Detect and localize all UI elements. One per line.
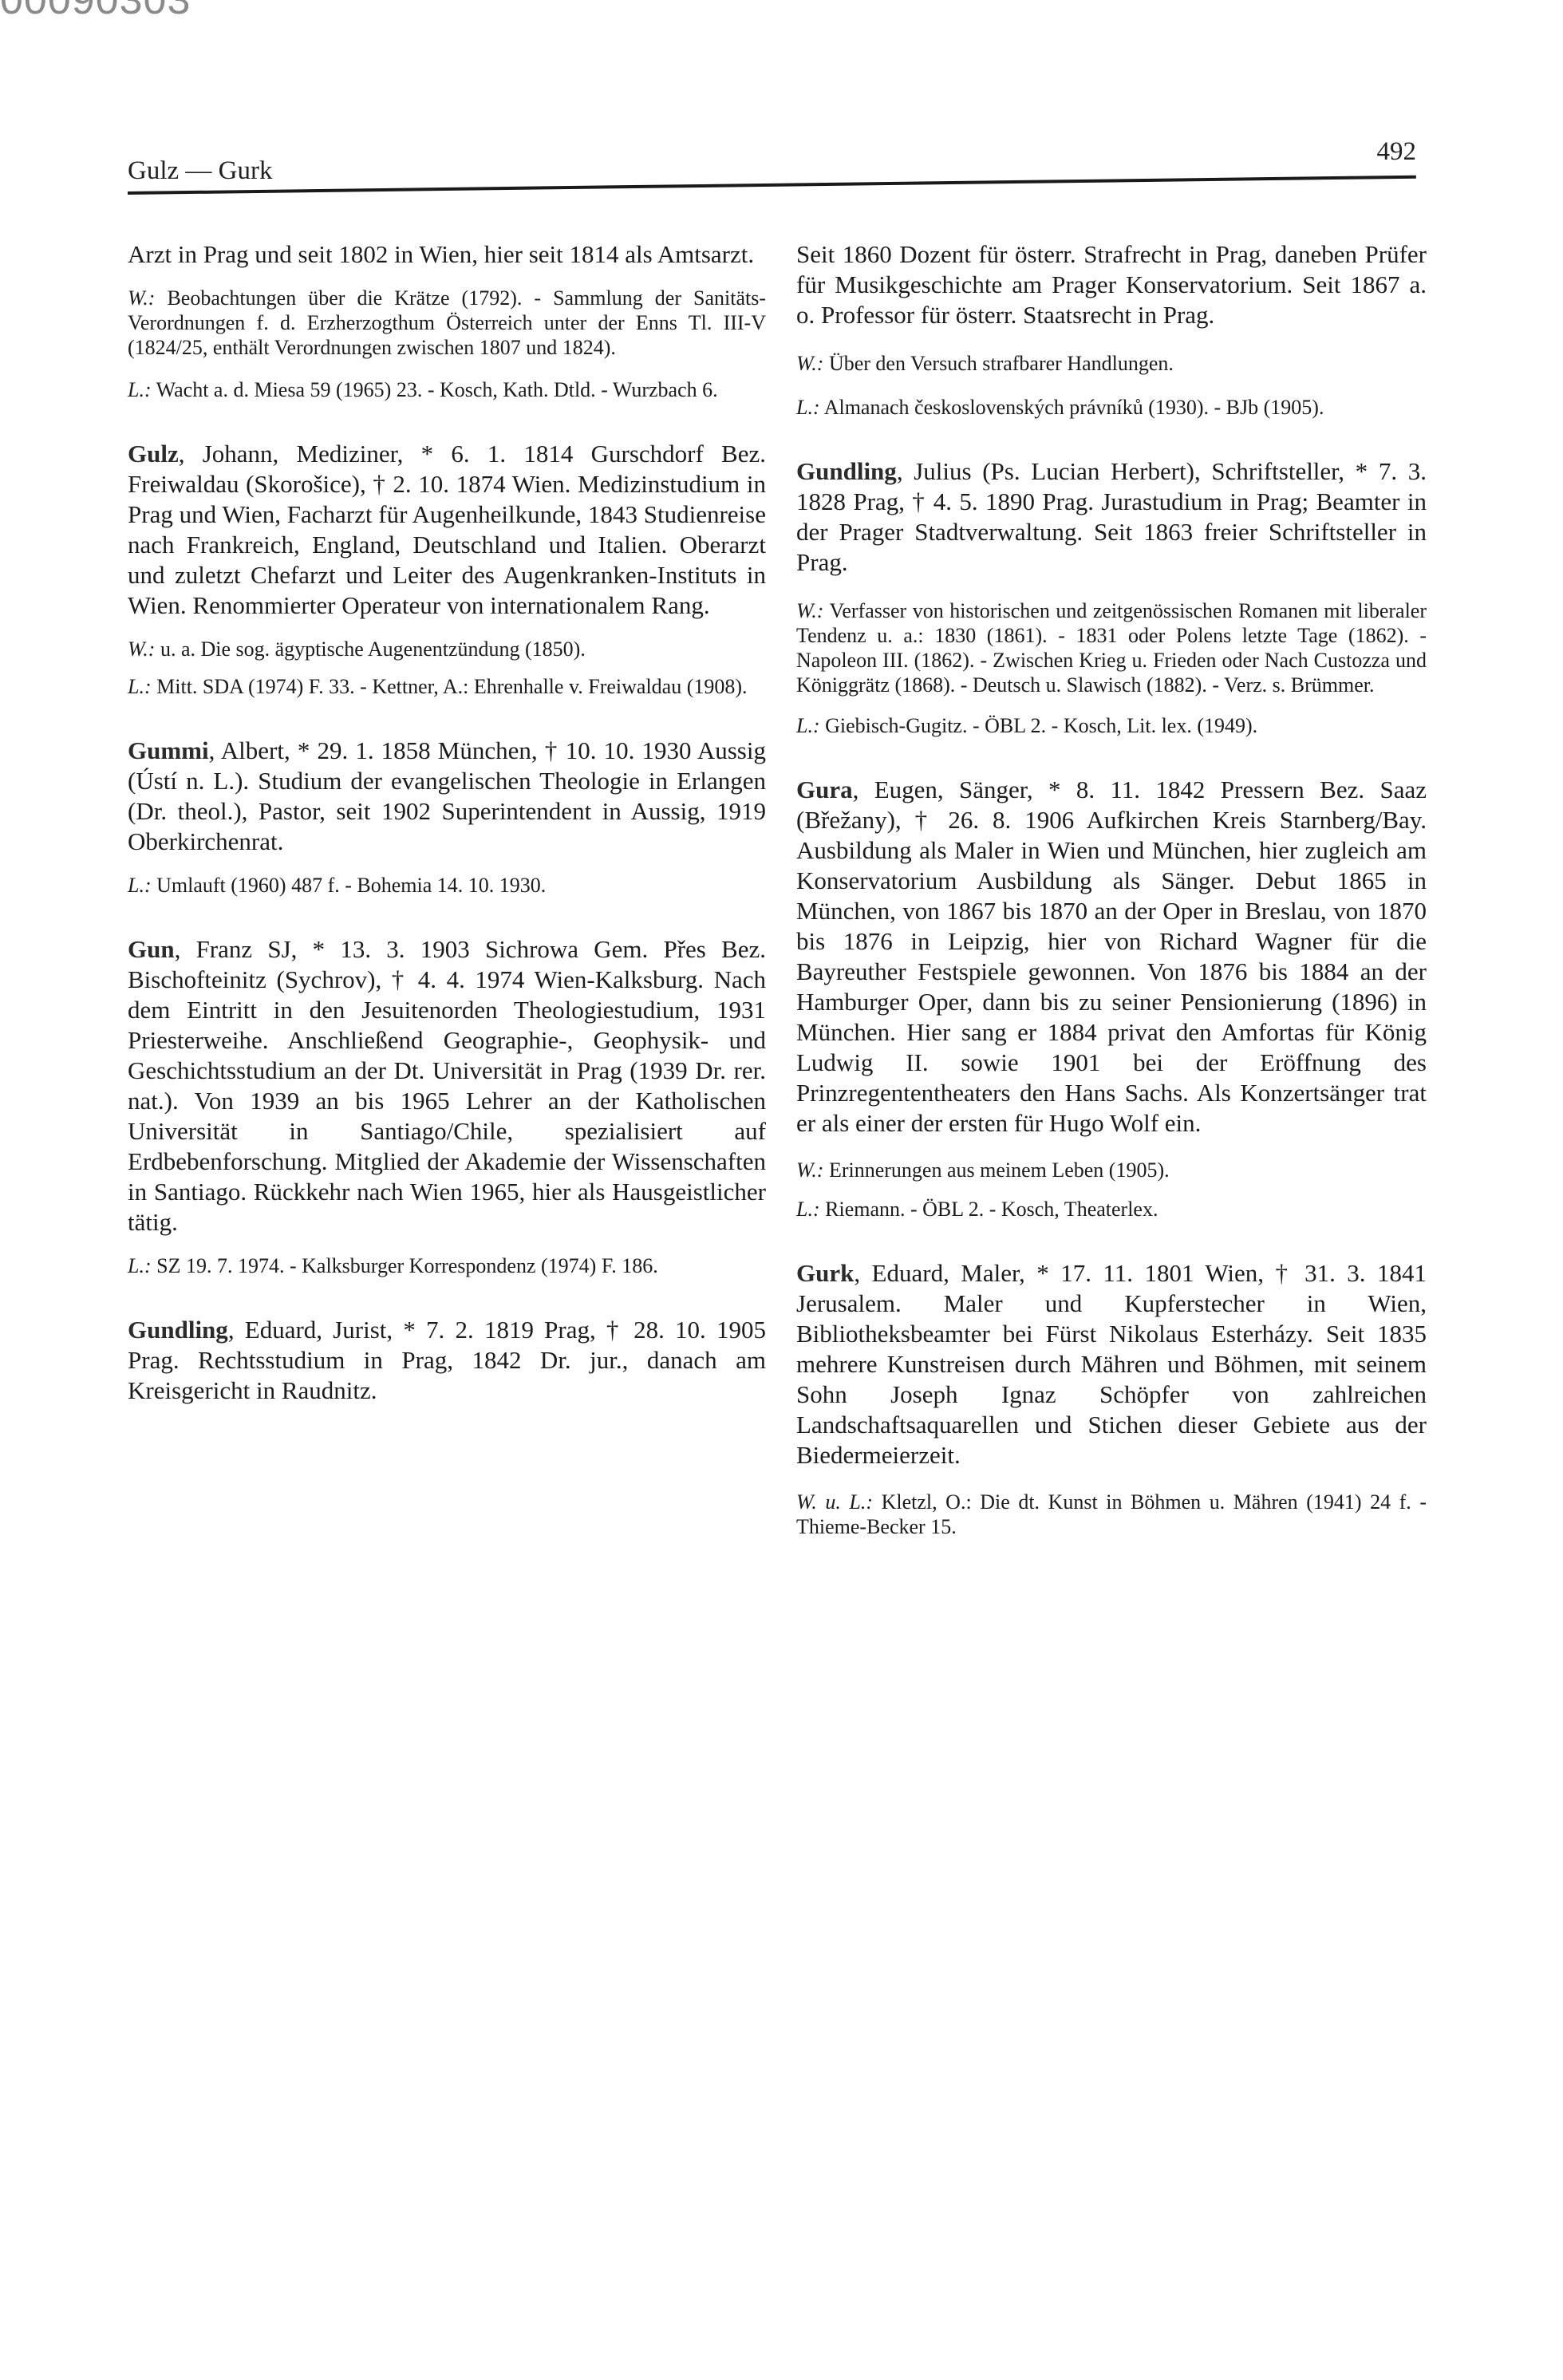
- literature-tag: L.:: [128, 1254, 152, 1277]
- works-list: W.: Über den Versuch strafbarer Handlung…: [796, 351, 1427, 376]
- literature-list: L.: Wacht a. d. Miesa 59 (1965) 23. - Ko…: [128, 377, 766, 402]
- works-tag: W.:: [128, 637, 155, 661]
- works-list: W.: Erinnerungen aus meinem Leben (1905)…: [796, 1158, 1427, 1182]
- page-number: 492: [1377, 137, 1417, 167]
- literature-list: L.: Riemann. - ÖBL 2. - Kosch, Theaterle…: [796, 1197, 1427, 1222]
- works-tag: W.:: [128, 286, 155, 310]
- entry-gummi-albert: Gummi, Albert, * 29. 1. 1858 München, † …: [128, 736, 766, 898]
- entry-body: Gura, Eugen, Sänger, * 8. 11. 1842 Press…: [796, 775, 1427, 1139]
- entry-gurk-eduard: Gurk, Eduard, Maler, * 17. 11. 1801 Wien…: [796, 1258, 1427, 1539]
- works-and-literature-tag: W. u. L.:: [796, 1490, 873, 1514]
- literature-list: L.: Umlauft (1960) 487 f. - Bohemia 14. …: [128, 873, 766, 898]
- literature-tag: L.:: [796, 396, 820, 419]
- works-tag: W.:: [796, 599, 823, 622]
- entry-body: Gundling, Julius (Ps. Lucian Herbert), S…: [796, 456, 1427, 578]
- works-list: W.: Verfasser von historischen und zeitg…: [796, 598, 1427, 697]
- literature-tag: L.:: [796, 1198, 820, 1221]
- literature-tag: L.:: [128, 874, 152, 897]
- entry-body: Gummi, Albert, * 29. 1. 1858 München, † …: [128, 736, 766, 857]
- entry-body: Gundling, Eduard, Jurist, * 7. 2. 1819 P…: [128, 1315, 766, 1406]
- lemma: Gundling: [128, 1316, 228, 1344]
- entry-body: Arzt in Prag und seit 1802 in Wien, hier…: [128, 239, 766, 270]
- entry-gundling-eduard: Gundling, Eduard, Jurist, * 7. 2. 1819 P…: [128, 1315, 766, 1406]
- left-column: Arzt in Prag und seit 1802 in Wien, hier…: [128, 239, 766, 1443]
- literature-tag: L.:: [128, 378, 152, 401]
- works-list: W.: u. a. Die sog. ägyptische Augenentzü…: [128, 637, 766, 661]
- scan-id: 00090303: [0, 0, 191, 24]
- literature-list: L.: Giebisch-Gugitz. - ÖBL 2. - Kosch, L…: [796, 713, 1427, 738]
- lemma: Gulz: [128, 440, 179, 468]
- works-list: W.: Beobachtungen über die Krätze (1792)…: [128, 286, 766, 360]
- literature-tag: L.:: [128, 675, 152, 698]
- entry-body: Gulz, Johann, Mediziner, * 6. 1. 1814 Gu…: [128, 439, 766, 621]
- lemma: Gurk: [796, 1259, 854, 1287]
- lemma: Gun: [128, 935, 175, 963]
- literature-tag: L.:: [796, 714, 820, 737]
- entry-gundling-eduard-continued: Seit 1860 Dozent für österr. Strafrecht …: [796, 239, 1427, 420]
- works-and-literature-list: W. u. L.: Kletzl, O.: Die dt. Kunst in B…: [796, 1490, 1427, 1539]
- works-tag: W.:: [796, 1158, 823, 1182]
- literature-list: L.: Almanach československých právníků (…: [796, 395, 1427, 420]
- entry-body: Seit 1860 Dozent für österr. Strafrecht …: [796, 239, 1427, 330]
- works-tag: W.:: [796, 352, 823, 375]
- entry-gura-eugen: Gura, Eugen, Sänger, * 8. 11. 1842 Press…: [796, 775, 1427, 1222]
- entry-body: Gun, Franz SJ, * 13. 3. 1903 Sichrowa Ge…: [128, 934, 766, 1237]
- literature-list: L.: SZ 19. 7. 1974. - Kalksburger Korres…: [128, 1253, 766, 1278]
- entry-gun-franz: Gun, Franz SJ, * 13. 3. 1903 Sichrowa Ge…: [128, 934, 766, 1278]
- header-rule: [128, 176, 1416, 195]
- lemma: Gummi: [128, 736, 209, 764]
- lemma: Gura: [796, 776, 853, 803]
- entry-continued: Arzt in Prag und seit 1802 in Wien, hier…: [128, 239, 766, 402]
- running-head: Gulz — Gurk: [128, 156, 272, 186]
- literature-list: L.: Mitt. SDA (1974) F. 33. - Kettner, A…: [128, 674, 766, 699]
- entry-body: Gurk, Eduard, Maler, * 17. 11. 1801 Wien…: [796, 1258, 1427, 1470]
- entry-gulz-johann: Gulz, Johann, Mediziner, * 6. 1. 1814 Gu…: [128, 439, 766, 699]
- entry-gundling-julius: Gundling, Julius (Ps. Lucian Herbert), S…: [796, 456, 1427, 738]
- lemma: Gundling: [796, 457, 897, 485]
- right-column: Seit 1860 Dozent für österr. Strafrecht …: [796, 239, 1427, 1576]
